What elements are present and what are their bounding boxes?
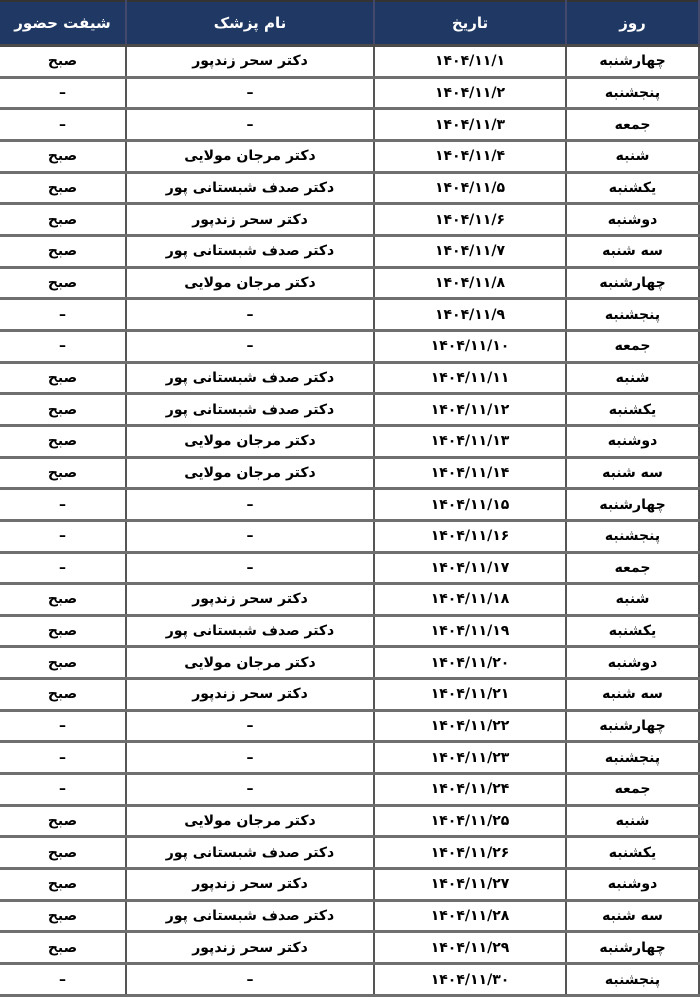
cell-day: چهارشنبه — [566, 932, 699, 964]
cell-date: ۱۴۰۴/۱۱/۲۷ — [374, 869, 566, 901]
table-row: سه شنبه۱۴۰۴/۱۱/۷دکتر صدف شبستانی پورصبح — [0, 235, 699, 267]
schedule-page: روز تاریخ نام پزشک شیفت حضور چهارشنبه۱۴۰… — [0, 0, 700, 997]
cell-date: ۱۴۰۴/۱۱/۱۶ — [374, 520, 566, 552]
cell-day: یکشنبه — [566, 172, 699, 204]
table-row: پنجشنبه۱۴۰۴/۱۱/۲–– — [0, 77, 699, 109]
table-row: یکشنبه۱۴۰۴/۱۱/۱۹دکتر صدف شبستانی پورصبح — [0, 615, 699, 647]
cell-doctor: دکتر مرجان مولایی — [126, 267, 374, 299]
cell-day: سه شنبه — [566, 235, 699, 267]
cell-day: یکشنبه — [566, 615, 699, 647]
table-row: سه شنبه۱۴۰۴/۱۱/۲۱دکتر سحر زندپورصبح — [0, 679, 699, 711]
cell-day: سه شنبه — [566, 900, 699, 932]
table-row: چهارشنبه۱۴۰۴/۱۱/۲۹دکتر سحر زندپورصبح — [0, 932, 699, 964]
cell-day: یکشنبه — [566, 837, 699, 869]
cell-date: ۱۴۰۴/۱۱/۲۹ — [374, 932, 566, 964]
table-row: سه شنبه۱۴۰۴/۱۱/۱۴دکتر مرجان مولاییصبح — [0, 457, 699, 489]
cell-date: ۱۴۰۴/۱۱/۲۰ — [374, 647, 566, 679]
cell-doctor: دکتر صدف شبستانی پور — [126, 172, 374, 204]
cell-day: دوشنبه — [566, 647, 699, 679]
table-row: چهارشنبه۱۴۰۴/۱۱/۸دکتر مرجان مولاییصبح — [0, 267, 699, 299]
cell-doctor: دکتر مرجان مولایی — [126, 805, 374, 837]
cell-doctor: دکتر سحر زندپور — [126, 869, 374, 901]
cell-day: شنبه — [566, 362, 699, 394]
table-row: جمعه۱۴۰۴/۱۱/۱۷–– — [0, 552, 699, 584]
cell-date: ۱۴۰۴/۱۱/۳ — [374, 109, 566, 141]
cell-doctor: – — [126, 299, 374, 331]
cell-shift: صبح — [0, 900, 126, 932]
cell-shift: صبح — [0, 679, 126, 711]
cell-doctor: دکتر صدف شبستانی پور — [126, 235, 374, 267]
cell-shift: – — [0, 330, 126, 362]
cell-doctor: – — [126, 552, 374, 584]
cell-doctor: – — [126, 964, 374, 996]
cell-doctor: دکتر صدف شبستانی پور — [126, 837, 374, 869]
table-row: پنجشنبه۱۴۰۴/۱۱/۲۳–– — [0, 742, 699, 774]
table-row: دوشنبه۱۴۰۴/۱۱/۶دکتر سحر زندپورصبح — [0, 204, 699, 236]
cell-shift: – — [0, 742, 126, 774]
cell-day: چهارشنبه — [566, 46, 699, 78]
table-row: چهارشنبه۱۴۰۴/۱۱/۱دکتر سحر زندپورصبح — [0, 46, 699, 78]
cell-doctor: دکتر صدف شبستانی پور — [126, 900, 374, 932]
table-row: دوشنبه۱۴۰۴/۱۱/۲۰دکتر مرجان مولاییصبح — [0, 647, 699, 679]
header-day: روز — [566, 1, 699, 46]
cell-date: ۱۴۰۴/۱۱/۱۵ — [374, 489, 566, 521]
cell-shift: صبح — [0, 647, 126, 679]
cell-date: ۱۴۰۴/۱۱/۱۲ — [374, 394, 566, 426]
cell-date: ۱۴۰۴/۱۱/۸ — [374, 267, 566, 299]
table-row: سه شنبه۱۴۰۴/۱۱/۲۸دکتر صدف شبستانی پورصبح — [0, 900, 699, 932]
cell-shift: – — [0, 774, 126, 806]
cell-date: ۱۴۰۴/۱۱/۱۸ — [374, 584, 566, 616]
cell-day: سه شنبه — [566, 679, 699, 711]
cell-day: دوشنبه — [566, 204, 699, 236]
cell-day: دوشنبه — [566, 869, 699, 901]
cell-shift: – — [0, 299, 126, 331]
cell-shift: – — [0, 964, 126, 996]
table-row: پنجشنبه۱۴۰۴/۱۱/۱۶–– — [0, 520, 699, 552]
cell-doctor: دکتر مرجان مولایی — [126, 647, 374, 679]
cell-date: ۱۴۰۴/۱۱/۲۶ — [374, 837, 566, 869]
cell-doctor: – — [126, 520, 374, 552]
cell-shift: صبح — [0, 235, 126, 267]
cell-day: سه شنبه — [566, 457, 699, 489]
table-row: دوشنبه۱۴۰۴/۱۱/۱۳دکتر مرجان مولاییصبح — [0, 425, 699, 457]
cell-doctor: دکتر مرجان مولایی — [126, 425, 374, 457]
cell-doctor: – — [126, 109, 374, 141]
cell-doctor: دکتر سحر زندپور — [126, 584, 374, 616]
doctor-schedule-table: روز تاریخ نام پزشک شیفت حضور چهارشنبه۱۴۰… — [0, 0, 700, 997]
cell-date: ۱۴۰۴/۱۱/۴ — [374, 140, 566, 172]
cell-day: پنجشنبه — [566, 77, 699, 109]
cell-day: یکشنبه — [566, 394, 699, 426]
cell-day: چهارشنبه — [566, 489, 699, 521]
header-doctor: نام پزشک — [126, 1, 374, 46]
cell-day: جمعه — [566, 109, 699, 141]
cell-doctor: دکتر مرجان مولایی — [126, 457, 374, 489]
cell-date: ۱۴۰۴/۱۱/۲۲ — [374, 710, 566, 742]
cell-shift: صبح — [0, 204, 126, 236]
cell-shift: – — [0, 77, 126, 109]
cell-doctor: دکتر صدف شبستانی پور — [126, 394, 374, 426]
cell-shift: صبح — [0, 362, 126, 394]
cell-date: ۱۴۰۴/۱۱/۲۳ — [374, 742, 566, 774]
cell-shift: صبح — [0, 394, 126, 426]
cell-doctor: دکتر سحر زندپور — [126, 46, 374, 78]
cell-doctor: – — [126, 742, 374, 774]
cell-shift: صبح — [0, 457, 126, 489]
cell-date: ۱۴۰۴/۱۱/۱۴ — [374, 457, 566, 489]
cell-shift: صبح — [0, 267, 126, 299]
table-row: پنجشنبه۱۴۰۴/۱۱/۳۰–– — [0, 964, 699, 996]
cell-shift: صبح — [0, 172, 126, 204]
cell-date: ۱۴۰۴/۱۱/۲۴ — [374, 774, 566, 806]
cell-shift: – — [0, 489, 126, 521]
cell-date: ۱۴۰۴/۱۱/۲۱ — [374, 679, 566, 711]
cell-day: چهارشنبه — [566, 710, 699, 742]
schedule-body: چهارشنبه۱۴۰۴/۱۱/۱دکتر سحر زندپورصبحپنجشن… — [0, 46, 699, 996]
cell-shift: صبح — [0, 837, 126, 869]
cell-doctor: دکتر مرجان مولایی — [126, 140, 374, 172]
cell-doctor: دکتر صدف شبستانی پور — [126, 615, 374, 647]
cell-doctor: دکتر سحر زندپور — [126, 679, 374, 711]
cell-shift: – — [0, 520, 126, 552]
cell-date: ۱۴۰۴/۱۱/۱۱ — [374, 362, 566, 394]
cell-shift: – — [0, 710, 126, 742]
table-row: شنبه۱۴۰۴/۱۱/۴دکتر مرجان مولاییصبح — [0, 140, 699, 172]
cell-shift: – — [0, 109, 126, 141]
cell-date: ۱۴۰۴/۱۱/۷ — [374, 235, 566, 267]
cell-date: ۱۴۰۴/۱۱/۶ — [374, 204, 566, 236]
table-row: دوشنبه۱۴۰۴/۱۱/۲۷دکتر سحر زندپورصبح — [0, 869, 699, 901]
table-row: چهارشنبه۱۴۰۴/۱۱/۱۵–– — [0, 489, 699, 521]
cell-shift: – — [0, 552, 126, 584]
header-row: روز تاریخ نام پزشک شیفت حضور — [0, 1, 699, 46]
cell-date: ۱۴۰۴/۱۱/۱۷ — [374, 552, 566, 584]
cell-shift: صبح — [0, 425, 126, 457]
cell-shift: صبح — [0, 805, 126, 837]
cell-day: دوشنبه — [566, 425, 699, 457]
cell-doctor: – — [126, 77, 374, 109]
cell-shift: صبح — [0, 932, 126, 964]
cell-doctor: – — [126, 774, 374, 806]
cell-date: ۱۴۰۴/۱۱/۹ — [374, 299, 566, 331]
cell-day: پنجشنبه — [566, 520, 699, 552]
cell-date: ۱۴۰۴/۱۱/۱۳ — [374, 425, 566, 457]
table-row: شنبه۱۴۰۴/۱۱/۲۵دکتر مرجان مولاییصبح — [0, 805, 699, 837]
table-row: شنبه۱۴۰۴/۱۱/۱۱دکتر صدف شبستانی پورصبح — [0, 362, 699, 394]
cell-shift: صبح — [0, 615, 126, 647]
cell-day: پنجشنبه — [566, 299, 699, 331]
cell-date: ۱۴۰۴/۱۱/۵ — [374, 172, 566, 204]
cell-doctor: دکتر صدف شبستانی پور — [126, 362, 374, 394]
table-row: جمعه۱۴۰۴/۱۱/۳–– — [0, 109, 699, 141]
cell-day: شنبه — [566, 584, 699, 616]
table-row: جمعه۱۴۰۴/۱۱/۲۴–– — [0, 774, 699, 806]
cell-day: جمعه — [566, 330, 699, 362]
cell-date: ۱۴۰۴/۱۱/۲ — [374, 77, 566, 109]
cell-shift: صبح — [0, 140, 126, 172]
cell-day: شنبه — [566, 140, 699, 172]
cell-date: ۱۴۰۴/۱۱/۱۹ — [374, 615, 566, 647]
table-row: یکشنبه۱۴۰۴/۱۱/۵دکتر صدف شبستانی پورصبح — [0, 172, 699, 204]
cell-day: جمعه — [566, 552, 699, 584]
cell-doctor: – — [126, 710, 374, 742]
header-date: تاریخ — [374, 1, 566, 46]
cell-date: ۱۴۰۴/۱۱/۳۰ — [374, 964, 566, 996]
cell-shift: صبح — [0, 46, 126, 78]
cell-date: ۱۴۰۴/۱۱/۱۰ — [374, 330, 566, 362]
table-row: پنجشنبه۱۴۰۴/۱۱/۹–– — [0, 299, 699, 331]
table-row: چهارشنبه۱۴۰۴/۱۱/۲۲–– — [0, 710, 699, 742]
cell-shift: صبح — [0, 869, 126, 901]
cell-doctor: دکتر سحر زندپور — [126, 932, 374, 964]
cell-date: ۱۴۰۴/۱۱/۲۸ — [374, 900, 566, 932]
cell-doctor: دکتر سحر زندپور — [126, 204, 374, 236]
cell-day: شنبه — [566, 805, 699, 837]
cell-day: جمعه — [566, 774, 699, 806]
table-row: یکشنبه۱۴۰۴/۱۱/۲۶دکتر صدف شبستانی پورصبح — [0, 837, 699, 869]
cell-date: ۱۴۰۴/۱۱/۱ — [374, 46, 566, 78]
table-row: شنبه۱۴۰۴/۱۱/۱۸دکتر سحر زندپورصبح — [0, 584, 699, 616]
header-shift: شیفت حضور — [0, 1, 126, 46]
cell-doctor: – — [126, 330, 374, 362]
cell-day: پنجشنبه — [566, 742, 699, 774]
cell-day: چهارشنبه — [566, 267, 699, 299]
table-row: جمعه۱۴۰۴/۱۱/۱۰–– — [0, 330, 699, 362]
table-row: یکشنبه۱۴۰۴/۱۱/۱۲دکتر صدف شبستانی پورصبح — [0, 394, 699, 426]
cell-date: ۱۴۰۴/۱۱/۲۵ — [374, 805, 566, 837]
cell-day: پنجشنبه — [566, 964, 699, 996]
cell-doctor: – — [126, 489, 374, 521]
cell-shift: صبح — [0, 584, 126, 616]
